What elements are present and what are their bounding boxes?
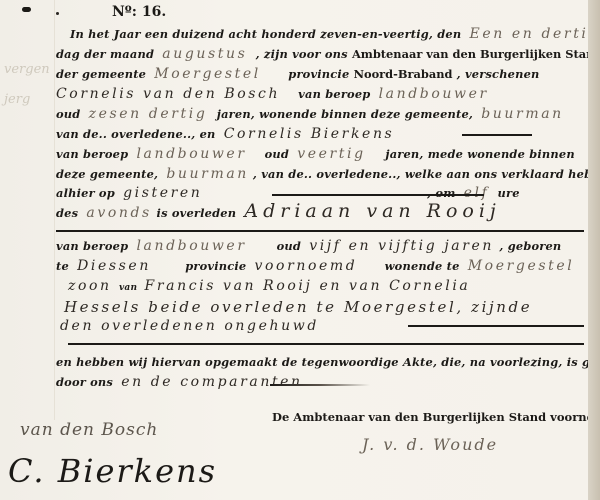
text-line: dag der maand augustus , zijn voor ons A… [56, 44, 600, 64]
fill-line [408, 325, 584, 327]
printed-text: door ons [56, 375, 117, 389]
text-line: van de.. overledene.., en Cornelis Bierk… [56, 124, 398, 144]
witness-signature: C. Bierkens [8, 452, 217, 490]
handwritten-text: den overledenen ongehuwd [56, 318, 323, 334]
printed-text: , om [427, 186, 460, 200]
ink-dot [56, 12, 59, 15]
text-line: deze gemeente, buurman, van de.. overled… [56, 164, 600, 184]
printed-text: oud [56, 107, 85, 121]
printed-text: Noord-Braband [354, 67, 453, 81]
handwritten-deceased-name: Adriaan van Rooij [240, 200, 504, 222]
text-line: der gemeente Moergestelprovincie Noord-B… [56, 64, 540, 84]
document-page: vergen jerg Nº: 16. In het Jaar een duiz… [0, 0, 588, 500]
witness-signature: van den Bosch [20, 420, 158, 440]
handwritten-time: avonds [82, 203, 152, 223]
handwritten-province: voornoemd [251, 256, 381, 276]
handwritten-age: veertig [293, 144, 381, 164]
printed-text: , geboren [495, 239, 561, 253]
printed-text: der gemeente [56, 67, 150, 81]
printed-text: ure [493, 186, 519, 200]
printed-text: en hebben wij hiervan opgemaakt de tegen… [56, 355, 600, 369]
printed-text: van de.. overledene.., en [56, 127, 220, 141]
printed-text: te [56, 259, 73, 273]
ink-mark [22, 7, 31, 12]
act-number: Nº: 16. [112, 4, 166, 20]
printed-text: is overleden [152, 206, 240, 220]
handwritten-text: en de comparanten [117, 374, 307, 390]
official-signature: J. v. d. Woude [362, 435, 498, 454]
margin-ghost-text: jerg [4, 92, 30, 107]
margin-rule [54, 0, 55, 420]
printed-text: In het Jaar een duizend acht honderd zev… [70, 27, 466, 41]
printed-text: van [116, 283, 141, 293]
printed-text: oud [272, 239, 305, 253]
printed-text: provincie [288, 67, 353, 81]
printed-text: alhier op [56, 186, 119, 200]
printed-text: provincie [181, 259, 250, 273]
printed-text: deze gemeente, [56, 167, 162, 181]
handwritten-residence: Moergestel [464, 258, 579, 274]
section-rule [56, 230, 584, 232]
handwritten-relation: buurman [477, 106, 568, 122]
handwritten-parents: Francis van Rooij en van Cornelia [141, 278, 475, 294]
handwritten-age: vijf en vijftig jaren [305, 236, 495, 256]
handwritten-relation: buurman [162, 166, 253, 182]
fill-line [462, 134, 532, 136]
printed-text: des [56, 206, 82, 220]
text-line: van beroep landbouwer oud vijf en vijfti… [56, 236, 561, 256]
text-line: Hessels beide overleden te Moergestel, z… [60, 297, 536, 317]
printed-text: van beroep [56, 239, 132, 253]
text-line: zoon van Francis van Rooij en van Cornel… [64, 276, 474, 296]
signature-label: De Ambtenaar van den Burgerlijken Stand … [272, 410, 600, 424]
text-line: te Diessen provincie voornoemd wonende t… [56, 256, 578, 276]
handwritten-occupation: landbouwer [132, 144, 260, 164]
margin-ghost-text: vergen [4, 62, 50, 77]
printed-text: Ambtenaar van den Burgerlijken Stand, [352, 47, 600, 61]
page-edge [588, 0, 600, 500]
handwritten-birthplace: Diessen [73, 256, 181, 276]
printed-text: , van de.. overledene.., welke aan ons v… [253, 167, 600, 181]
printed-text: van beroep [294, 87, 375, 101]
printed-text: jaren, wonende binnen deze gemeente, [213, 107, 478, 121]
text-line: Cornelis van den Bosch van beroep landbo… [52, 84, 493, 104]
printed-text: jaren, mede wonende binnen [381, 147, 575, 161]
text-line: van beroep landbouwer oud veertig jaren,… [56, 144, 575, 164]
handwritten-witness-name: Cornelis van den Bosch [52, 84, 294, 104]
handwritten-occupation: landbouwer [375, 86, 493, 102]
handwritten-text: Hessels beide overleden te Moergestel, z… [60, 298, 536, 316]
text-line: des avonds is overleden Adriaan van Rooi… [56, 201, 505, 221]
printed-text: , zijn voor ons [251, 47, 352, 61]
handwritten-text: zoon [64, 278, 116, 294]
printed-text: oud [260, 147, 293, 161]
printed-text: dag der maand [56, 47, 158, 61]
handwritten-day: gisteren [119, 183, 227, 203]
handwritten-hour: elf [460, 185, 494, 201]
printed-text: wonende te [381, 259, 464, 273]
fill-line [272, 194, 484, 196]
printed-text: , verschenen [452, 67, 539, 81]
handwritten-municipality: Moergestel [150, 64, 288, 84]
handwritten-month: augustus [158, 46, 251, 62]
handwritten-date: Een en dertigsten [466, 26, 600, 42]
text-line: den overledenen ongehuwd [56, 316, 323, 336]
handwritten-age: zesen dertig [85, 104, 213, 124]
fill-line [270, 384, 370, 386]
text-line: door ons en de comparanten [56, 372, 307, 392]
section-rule [68, 343, 584, 345]
handwritten-witness-name: Cornelis Bierkens [220, 126, 399, 142]
text-line: In het Jaar een duizend acht honderd zev… [70, 24, 600, 44]
text-line: oud zesen dertig jaren, wonende binnen d… [56, 104, 568, 124]
printed-text: van beroep [56, 147, 132, 161]
text-line: en hebben wij hiervan opgemaakt de tegen… [56, 352, 600, 372]
handwritten-occupation: landbouwer [132, 236, 272, 256]
